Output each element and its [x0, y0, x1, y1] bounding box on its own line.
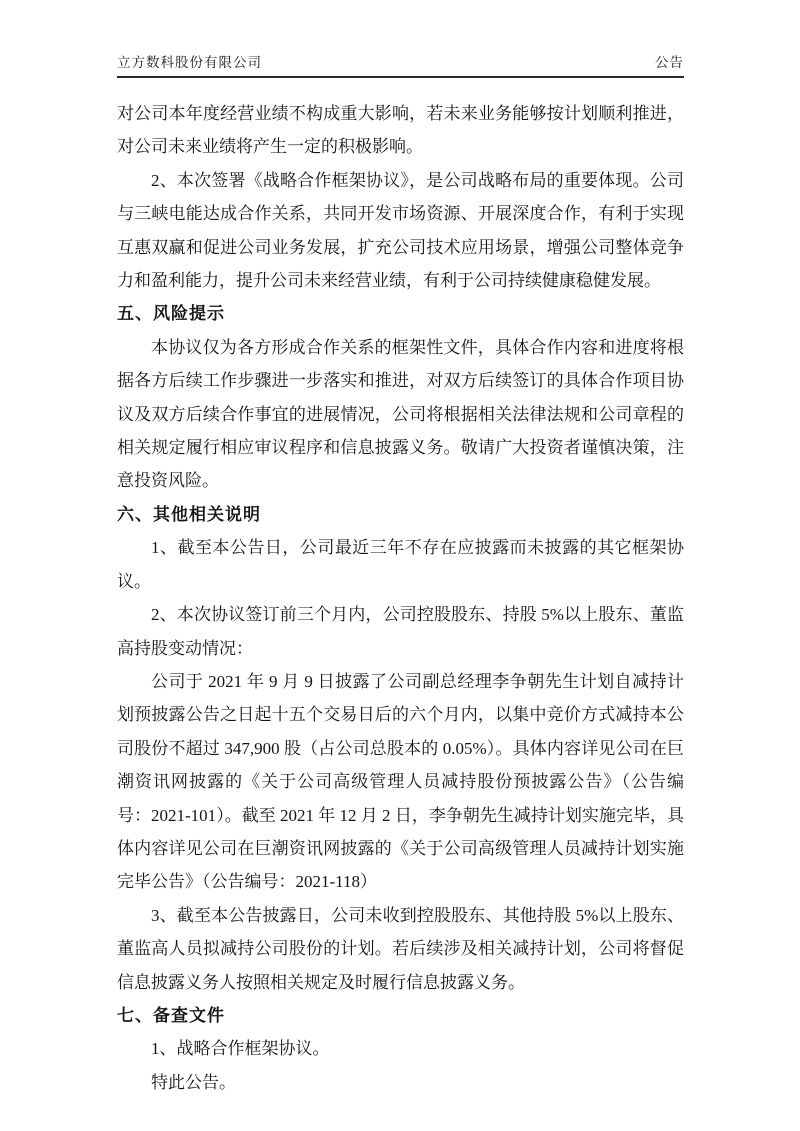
- company-name: 立方数科股份有限公司: [117, 51, 262, 71]
- section-heading: 七、备查文件: [117, 999, 684, 1032]
- section-heading: 五、风险提示: [117, 297, 684, 330]
- paragraph: 本协议仅为各方形成合作关系的框架性文件，具体合作内容和进度将根据各方后续工作步骤…: [117, 331, 684, 498]
- page-header: 立方数科股份有限公司 公告: [117, 51, 684, 78]
- paragraph: 公司于 2021 年 9 月 9 日披露了公司副总经理李争朝先生计划自减持计划预…: [117, 665, 684, 899]
- paragraph: 对公司本年度经营业绩不构成重大影响，若未来业务能够按计划顺利推进，对公司未来业绩…: [117, 97, 684, 164]
- document-body: 对公司本年度经营业绩不构成重大影响，若未来业务能够按计划顺利推进，对公司未来业绩…: [117, 97, 684, 1099]
- paragraph: 3、截至本公告披露日，公司未收到控股股东、其他持股 5%以上股东、董监高人员拟减…: [117, 899, 684, 999]
- paragraph: 2、本次签署《战略合作框架协议》，是公司战略布局的重要体现。公司与三峡电能达成合…: [117, 164, 684, 298]
- doc-type-label: 公告: [655, 51, 684, 71]
- paragraph: 1、截至本公告日，公司最近三年不存在应披露而未披露的其它框架协议。: [117, 531, 684, 598]
- announcement-page: 立方数科股份有限公司 公告 对公司本年度经营业绩不构成重大影响，若未来业务能够按…: [0, 0, 800, 1131]
- section-heading: 六、其他相关说明: [117, 498, 684, 531]
- paragraph: 特此公告。: [117, 1066, 684, 1099]
- paragraph: 1、战略合作框架协议。: [117, 1032, 684, 1065]
- paragraph: 2、本次协议签订前三个月内，公司控股股东、持股 5%以上股东、董监高持股变动情况…: [117, 598, 684, 665]
